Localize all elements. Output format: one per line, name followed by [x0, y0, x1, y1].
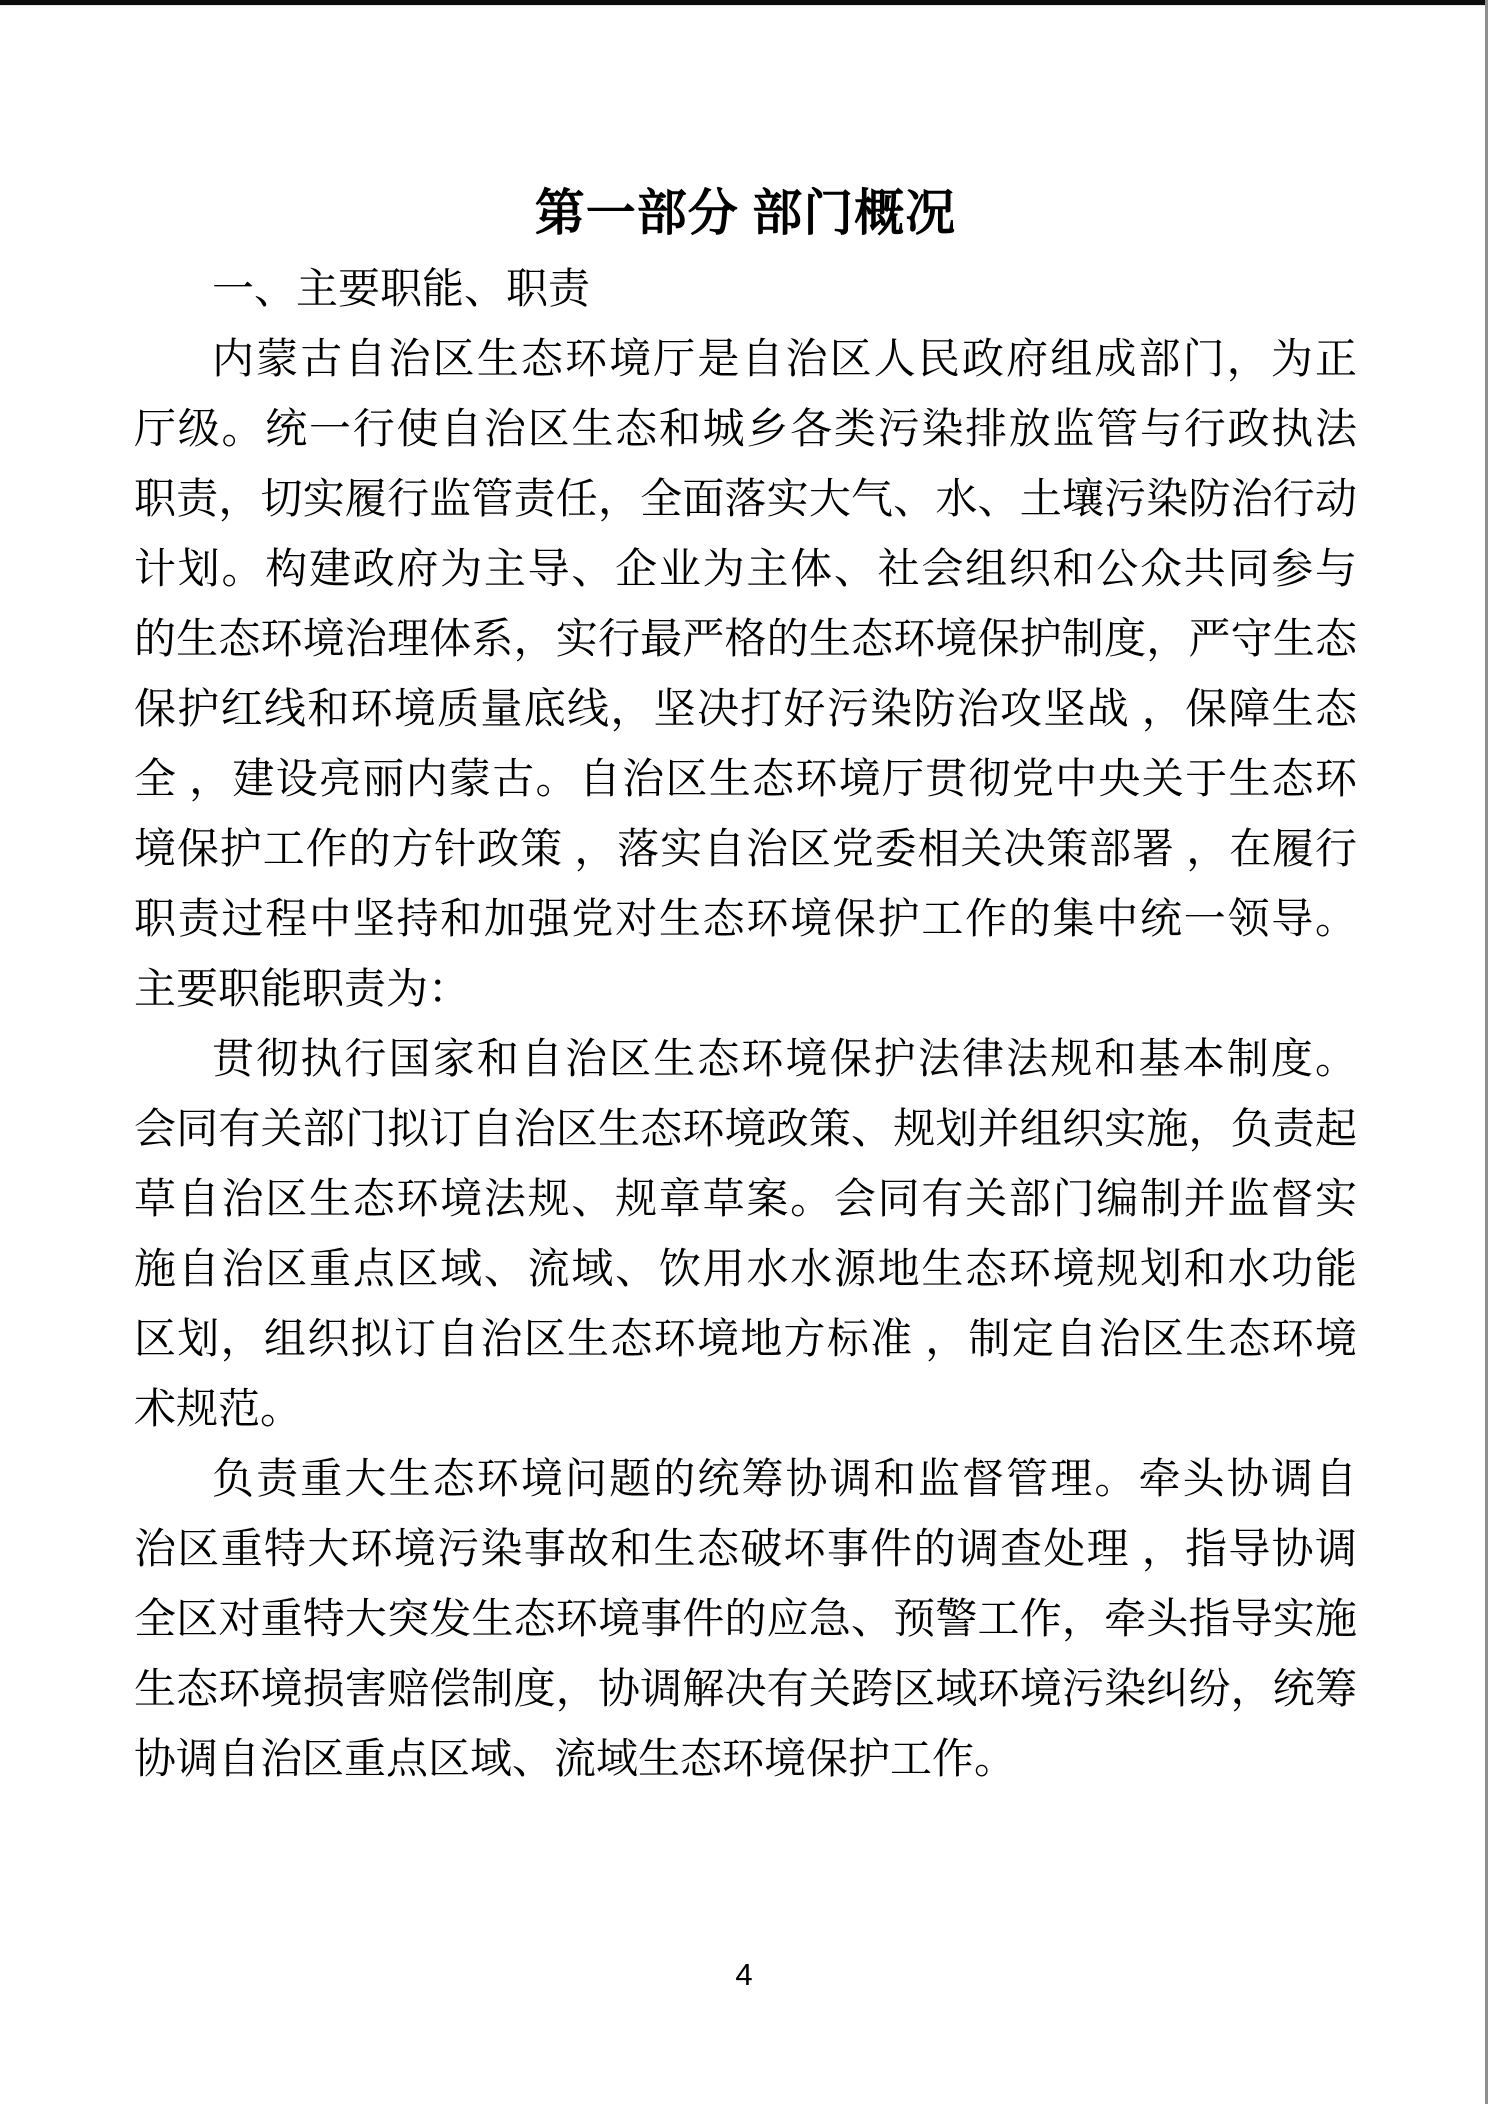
- page-number: 4: [0, 1956, 1488, 1994]
- text-line: 治区重特大环境污染事故和生态破坏事件的调查处理 ，指导协调: [134, 1515, 1357, 1585]
- paragraph: 负责重大生态环境问题的统筹协调和监督管理。牵头协调自 治区重特大环境污染事故和生…: [134, 1445, 1357, 1795]
- text-line: 的生态环境治理体系，实行最严格的生态环境保护制度，严守生态: [134, 605, 1357, 675]
- text-line: 境保护工作的方针政策 ，落实自治区党委相关决策部署 ，在履行: [134, 815, 1357, 885]
- text-line: 生态环境损害赔偿制度，协调解决有关跨区域环境污染纠纷，统筹: [134, 1655, 1357, 1725]
- text-line: 全区对重特大突发生态环境事件的应急、预警工作，牵头指导实施: [134, 1585, 1357, 1655]
- text-line: 术规范。: [134, 1375, 1357, 1445]
- text-line: 全 ，建设亮丽内蒙古。自治区生态环境厅贯彻党中央关于生态环: [134, 745, 1357, 815]
- text-line: 草自治区生态环境法规、规章草案。会同有关部门编制并监督实: [134, 1165, 1357, 1235]
- document-body: 一、主要职能、职责 内蒙古自治区生态环境厅是自治区人民政府组成部门，为正 厅级。…: [134, 255, 1357, 1795]
- text-line: 区划，组织拟订自治区生态环境地方标准 ，制定自治区生态环境技: [134, 1305, 1357, 1375]
- text-line: 贯彻执行国家和自治区生态环境保护法律法规和基本制度。: [134, 1025, 1357, 1095]
- text-line: 会同有关部门拟订自治区生态环境政策、规划并组织实施，负责起: [134, 1095, 1357, 1165]
- text-line: 厅级。统一行使自治区生态和城乡各类污染排放监管与行政执法: [134, 395, 1357, 465]
- text-line: 主要职能职责为：: [134, 955, 1357, 1025]
- text-line: 保护红线和环境质量底线，坚决打好污染防治攻坚战 ，保障生态安: [134, 675, 1357, 745]
- text-line: 内蒙古自治区生态环境厅是自治区人民政府组成部门，为正: [134, 325, 1357, 395]
- paragraph: 贯彻执行国家和自治区生态环境保护法律法规和基本制度。 会同有关部门拟订自治区生态…: [134, 1025, 1357, 1445]
- document-title: 第一部分 部门概况: [134, 183, 1357, 243]
- text-line: 负责重大生态环境问题的统筹协调和监督管理。牵头协调自: [134, 1445, 1357, 1515]
- text-line: 职责，切实履行监管责任，全面落实大气、水、土壤污染防治行动: [134, 465, 1357, 535]
- text-line: 计划。构建政府为主导、企业为主体、社会组织和公众共同参与: [134, 535, 1357, 605]
- text-line: 协调自治区重点区域、流域生态环境保护工作。: [134, 1725, 1357, 1795]
- document-page: 第一部分 部门概况 一、主要职能、职责 内蒙古自治区生态环境厅是自治区人民政府组…: [0, 0, 1488, 2104]
- section-heading: 一、主要职能、职责: [134, 255, 1357, 325]
- paragraph: 内蒙古自治区生态环境厅是自治区人民政府组成部门，为正 厅级。统一行使自治区生态和…: [134, 325, 1357, 1025]
- text-line: 施自治区重点区域、流域、饮用水水源地生态环境规划和水功能: [134, 1235, 1357, 1305]
- document-content: 第一部分 部门概况 一、主要职能、职责 内蒙古自治区生态环境厅是自治区人民政府组…: [134, 0, 1357, 1795]
- text-line: 职责过程中坚持和加强党对生态环境保护工作的集中统一领导。: [134, 885, 1357, 955]
